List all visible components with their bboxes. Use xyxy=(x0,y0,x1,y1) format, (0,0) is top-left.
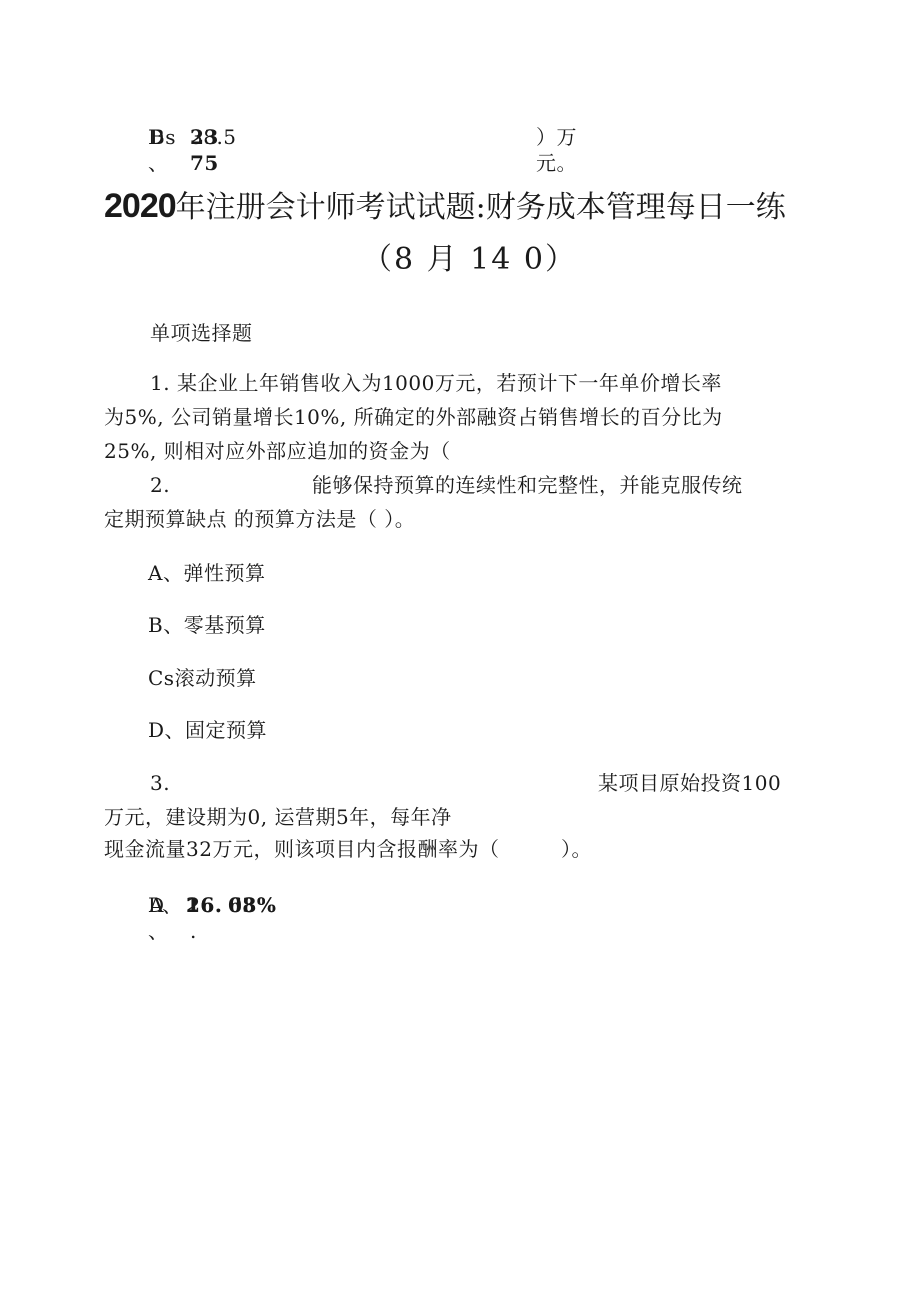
question-3-number: 3. xyxy=(150,770,170,796)
section-heading: 单项选择题 xyxy=(150,320,253,346)
title-main: 年注册会计师考试试题:财务成本管理每日一练 xyxy=(176,190,786,225)
title-year: 2020 xyxy=(104,187,176,225)
question-2-option-c: Cs滚动预算 xyxy=(148,665,257,691)
q3-option-separator: 、 xyxy=(162,892,183,918)
question-2-option-b: B、零基预算 xyxy=(148,612,266,638)
fragment-unit-line1: ）万 xyxy=(536,124,577,150)
question-3-options-fragment: D A 、 16. 26. 68% 03% 、 . xyxy=(148,892,288,948)
question-2-line-1: 能够保持预算的连续性和完整性，并能克服传统 xyxy=(312,472,743,498)
title-date: （8 月 14 0） xyxy=(362,240,577,280)
fragment-unit-line2: 元。 xyxy=(536,150,577,176)
previous-options-fragment: D Bs 23 38.5 、 75 xyxy=(148,124,268,178)
question-3-line-3: 现金流量32万元，则该项目内含报酬率为（ ）。 xyxy=(104,836,592,862)
question-1-line-3: 25%, 则相对应外部应追加的资金为（ xyxy=(104,438,451,464)
question-2-option-d: D、固定预算 xyxy=(148,717,267,743)
question-1-line-2: 为5%, 公司销量增长10%, 所确定的外部融资占销售增长的百分比为 xyxy=(104,404,723,430)
option-value-75: 75 xyxy=(190,150,219,176)
option-letter-overlap-b: Bs xyxy=(150,124,176,150)
question-3-line-2: 万元，建设期为0, 运营期5年，每年净 xyxy=(104,804,452,830)
question-2-line-2: 定期预算缺点 的预算方法是（ ）。 xyxy=(104,506,415,532)
option-separator: 、 xyxy=(148,150,169,176)
question-1-line-1: 1. 某企业上年销售收入为1000万元，若预计下一年单价增长率 xyxy=(150,370,722,396)
page-title: 2020年注册会计师考试试题:财务成本管理每日一练 xyxy=(104,186,786,228)
question-2-option-a: A、弹性预算 xyxy=(148,560,265,586)
q3-option-percent-b: 03% xyxy=(228,892,276,918)
question-2-number: 2. xyxy=(150,472,170,498)
option-value-overlap-b: 38.5 xyxy=(190,124,237,150)
q3-option-line2-separator: 、 xyxy=(148,918,169,944)
q3-option-line2-dot: . xyxy=(190,918,197,944)
question-3-line-1: 某项目原始投资100 xyxy=(598,770,781,796)
q3-option-value-b: 26. xyxy=(186,892,222,918)
